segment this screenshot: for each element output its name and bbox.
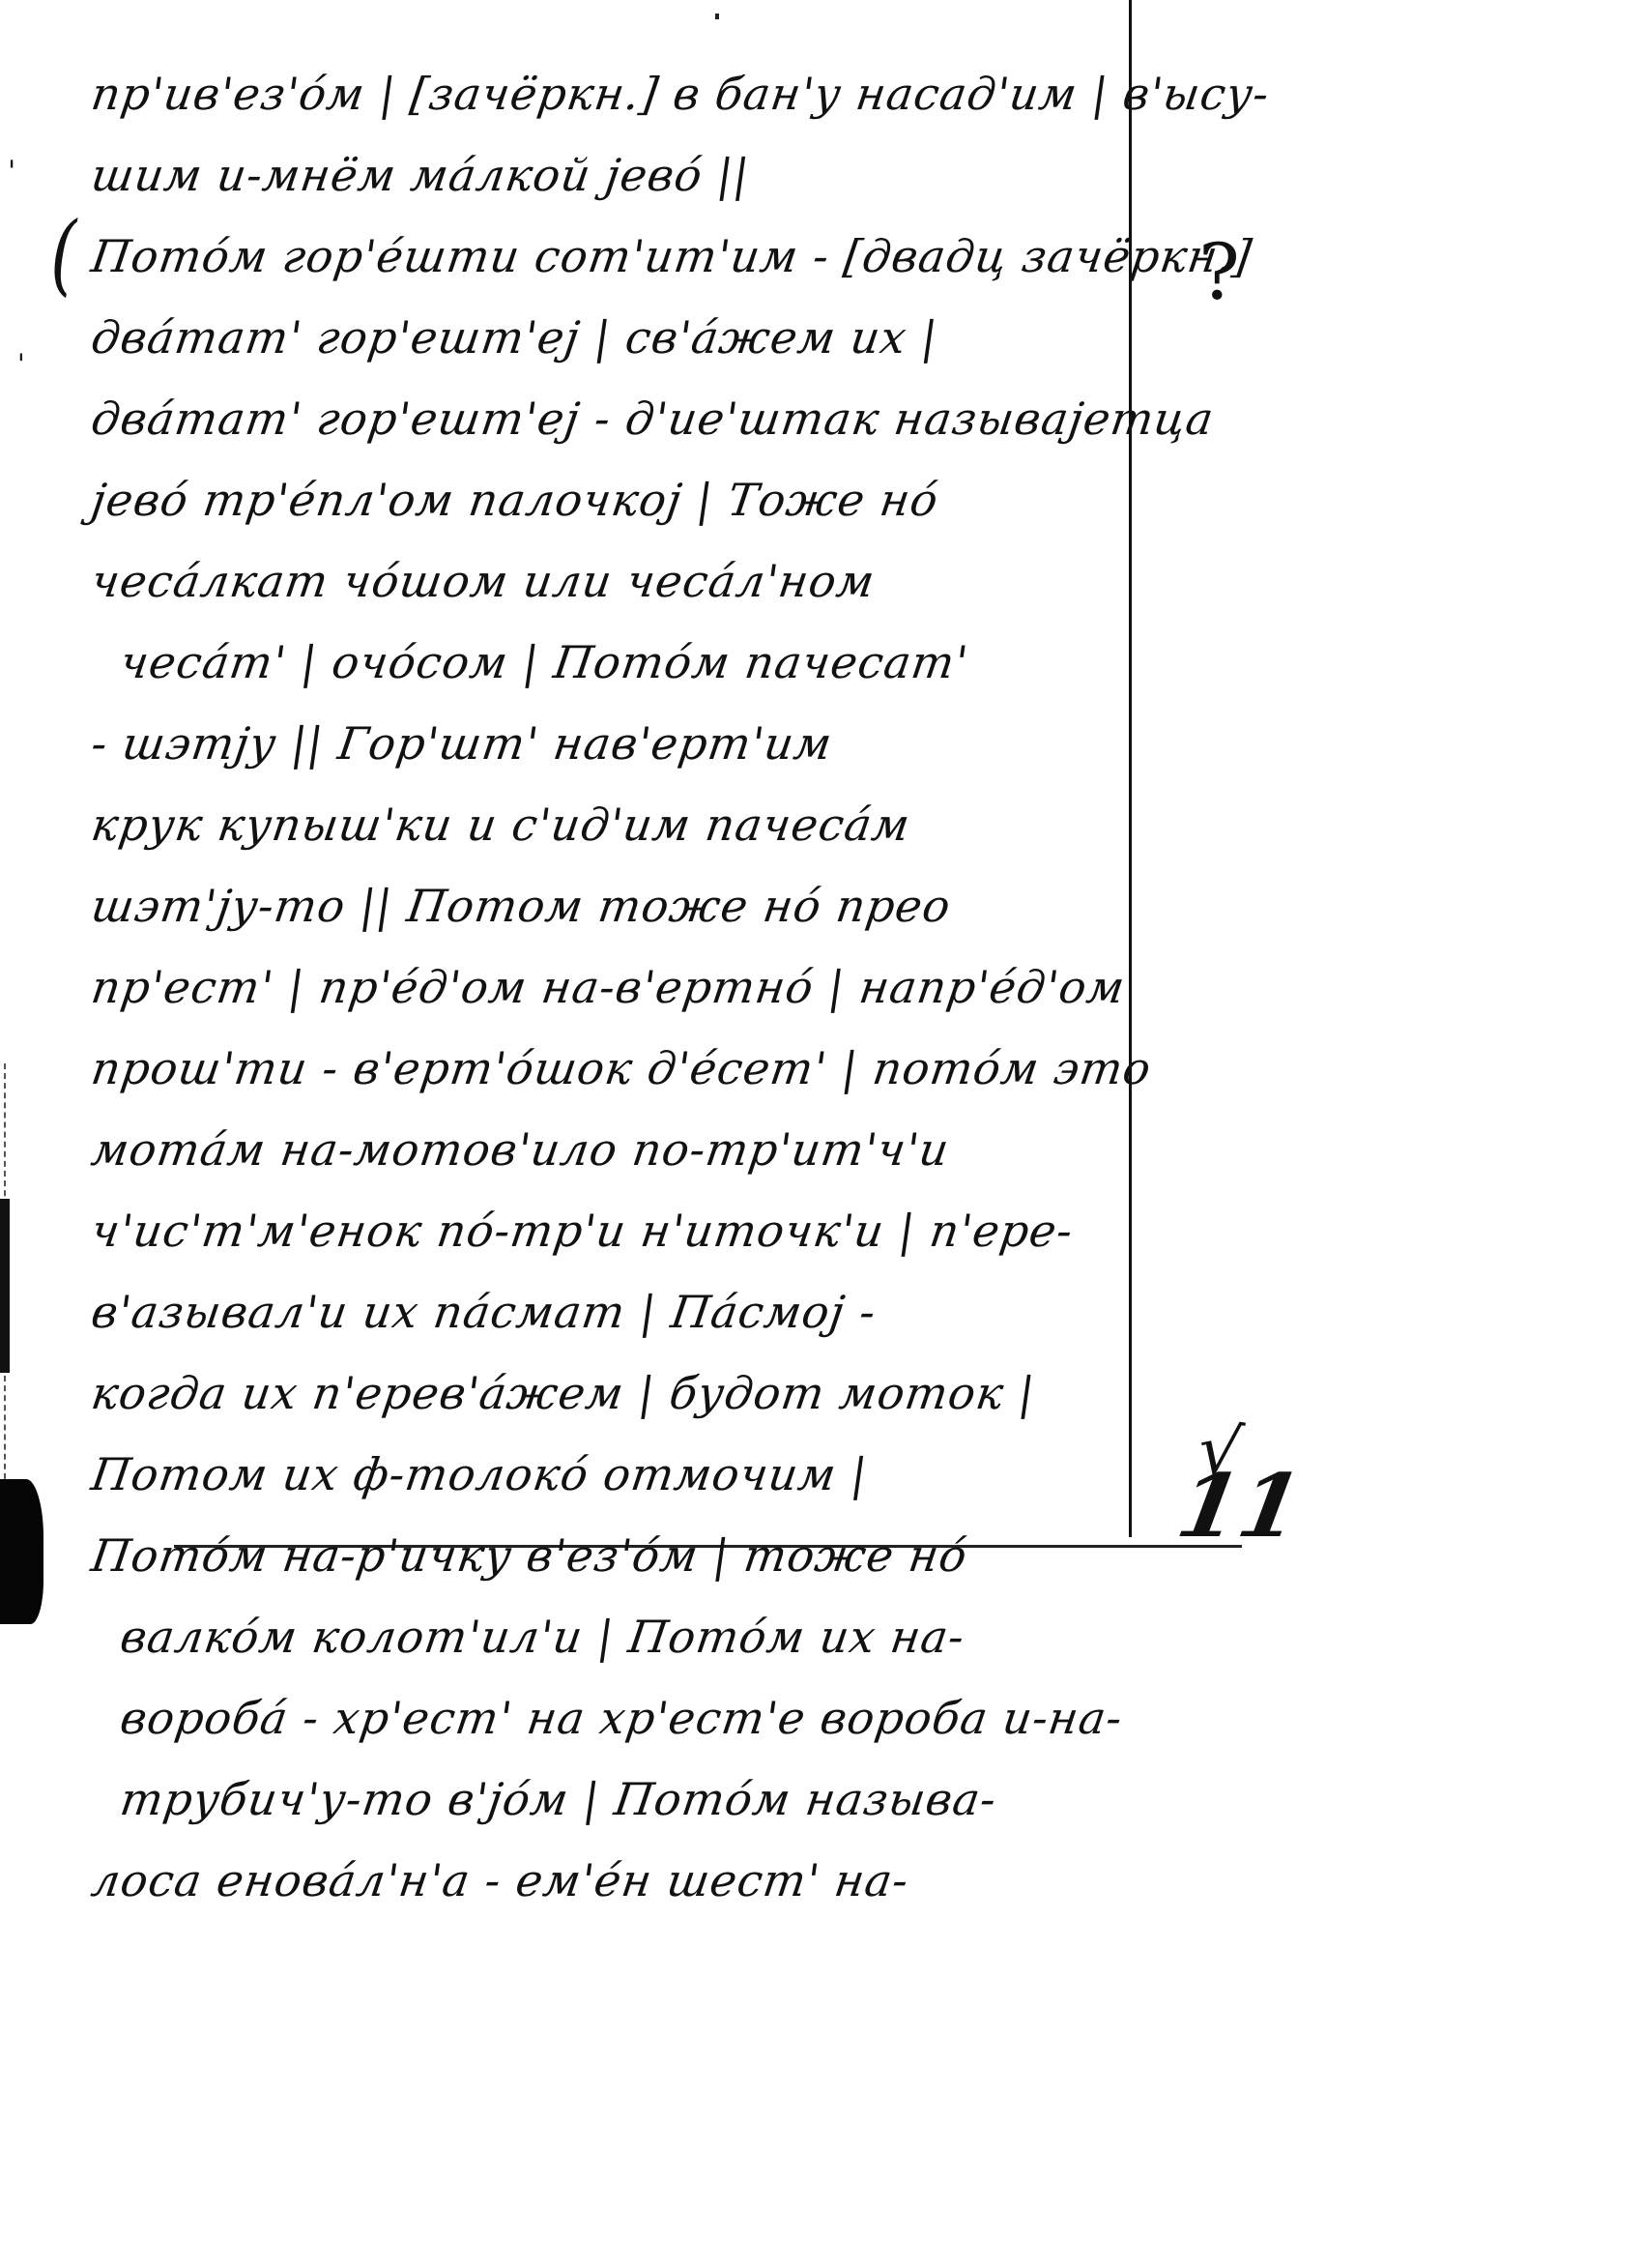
text-line: шим и-мнём мáлкой јевó || [86,134,1257,216]
page-number: 11 [1170,1455,1310,1557]
manuscript-page: ' ' ( ? пр'ив'ез'óм | [зачёркн.] в бан'у… [0,0,1643,2268]
text-line: - шэтју || Гор'шт' нав'ерт'им [86,703,1257,784]
text-line: когда их п'ерев'áжем | будот моток | [86,1352,1257,1434]
text-line: пр'ив'ез'óм | [зачёркн.] в бан'у насад'и… [86,53,1257,134]
margin-tick: ' [17,348,25,380]
scan-speck [715,14,719,19]
text-line: јевó тр'éпл'ом палочкој | Тоже нó [86,459,1257,540]
text-line: чесáлкат чóшом или чесáл'ном [86,540,1257,622]
text-line: шэт'ју-то || Потом тоже нó прео [86,865,1257,946]
text-line: двáтат' гор'ешт'ej | св'áжем их | [86,297,1257,378]
text-line: Потóм гор'éшти сот'ит'им - [двадц зачёрк… [86,216,1257,297]
text-line: пр'еcт' | пр'éд'ом на-в'ертнó | напр'éд'… [86,946,1257,1028]
text-line: Потом их ф-толокó отмочим | [86,1434,1257,1515]
handwritten-text: пр'ив'ез'óм | [зачёркн.] в бан'у насад'и… [92,53,1252,1921]
text-line: крук купыш'ки и с'ид'им пачесáм [86,784,1257,865]
text-line: двáтат' гор'ешт'еj - д'ие'штак называјет… [86,378,1257,459]
text-line: лоса еновáл'н'а - ем'éн шест' на- [86,1840,1257,1921]
text-line: воробá - хр'ест' на хр'ест'е вороба и-на… [86,1677,1257,1759]
text-line: чесáт' | очóсом | Потóм пачесат' [86,622,1257,703]
text-line: трубич'у-то в'jóм | Потóм называ- [86,1759,1257,1840]
text-line: мотáм на-мотов'ило по-тр'ит'ч'и [86,1109,1257,1190]
margin-bracket: ( [50,203,76,306]
text-line: ч'ис'т'м'енок пó-тр'и н'иточк'и | п'ере- [86,1190,1257,1271]
text-line: Потóм на-р'ичку в'ез'óм | тоже нó [86,1515,1257,1596]
text-line: в'азывал'и их пáсмат | Пáсмој - [86,1271,1257,1352]
text-line: прош'ти - в'ерт'óшок д'éсет' | потóм это [86,1028,1257,1109]
scan-artifact-bar [0,1199,10,1373]
margin-tick: ' [8,155,15,189]
text-line: валкóм колот'ил'и | Потóм их на- [86,1596,1257,1677]
scan-artifact-blot [0,1479,43,1624]
